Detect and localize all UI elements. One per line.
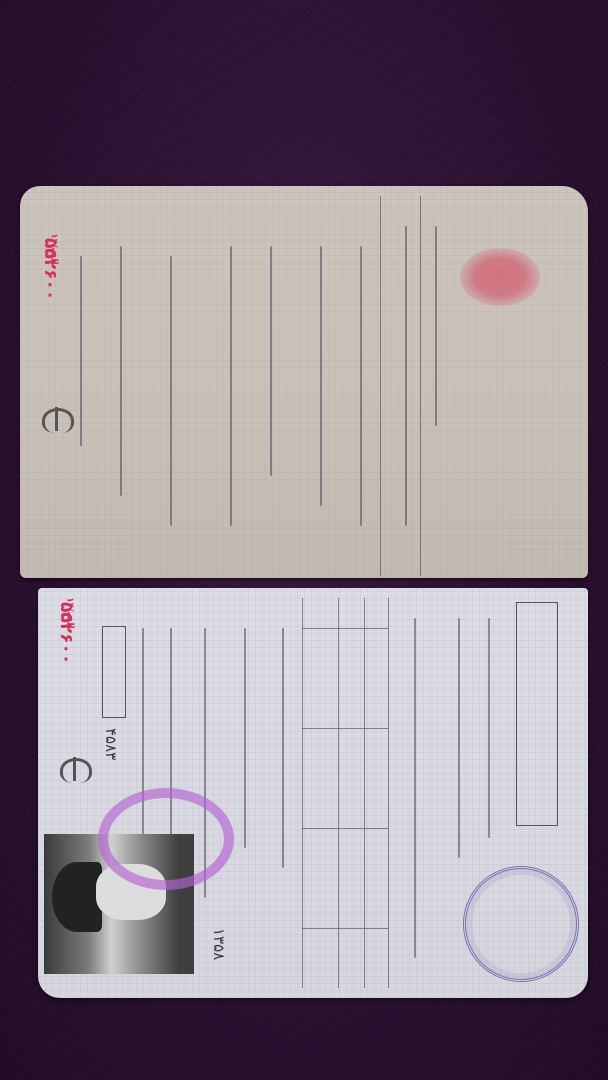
table-border [302, 728, 388, 729]
handwriting-line [244, 628, 246, 848]
handwriting-line [80, 256, 82, 446]
purple-oval-stamp [98, 788, 234, 890]
table-border [302, 598, 303, 988]
handwriting-line [270, 246, 272, 476]
series-fraction-top: ۱۴/الف [49, 233, 59, 264]
table-border [338, 598, 339, 988]
fingerprint [460, 248, 540, 306]
handwriting-line [170, 256, 172, 526]
id-number: ۴۵۸۳ [102, 728, 120, 760]
divider-line [380, 196, 381, 576]
table-border [302, 628, 388, 629]
birth-certificate-booklet: ۵۵۲۶۰۰ ۱۴/الف ۵۵۲۶۰۰ ۱۴/الف ۴۵۸۳ ۱۳۵۸ [20, 180, 588, 1000]
table-border [302, 928, 388, 929]
top-page: ۵۵۲۶۰۰ ۱۴/الف [20, 186, 588, 578]
handwriting-line [435, 226, 437, 426]
handwriting-line [120, 246, 122, 496]
birth-year: ۱۳۵۸ [210, 928, 228, 960]
signature-box [516, 602, 558, 826]
handwriting-line [458, 618, 460, 858]
table-border [302, 828, 388, 829]
handwriting-line [230, 246, 232, 526]
handwriting-line [488, 618, 490, 838]
round-official-seal [463, 866, 579, 982]
series-fraction-bottom: ۱۴/الف [65, 597, 75, 628]
id-label-box [102, 626, 126, 718]
iran-emblem-icon [42, 408, 74, 433]
table-border [364, 598, 365, 988]
bottom-page: ۵۵۲۶۰۰ ۱۴/الف ۴۵۸۳ ۱۳۵۸ [38, 588, 588, 998]
photo-hair [52, 862, 102, 932]
table-border [388, 598, 389, 988]
page-pattern [20, 186, 588, 578]
handwriting-line [360, 246, 362, 526]
iran-emblem-icon [60, 758, 92, 783]
handwriting-line [320, 246, 322, 506]
handwriting-line [414, 618, 416, 958]
divider-line [420, 196, 421, 576]
handwriting-line [282, 628, 284, 868]
handwriting-line [405, 226, 407, 526]
